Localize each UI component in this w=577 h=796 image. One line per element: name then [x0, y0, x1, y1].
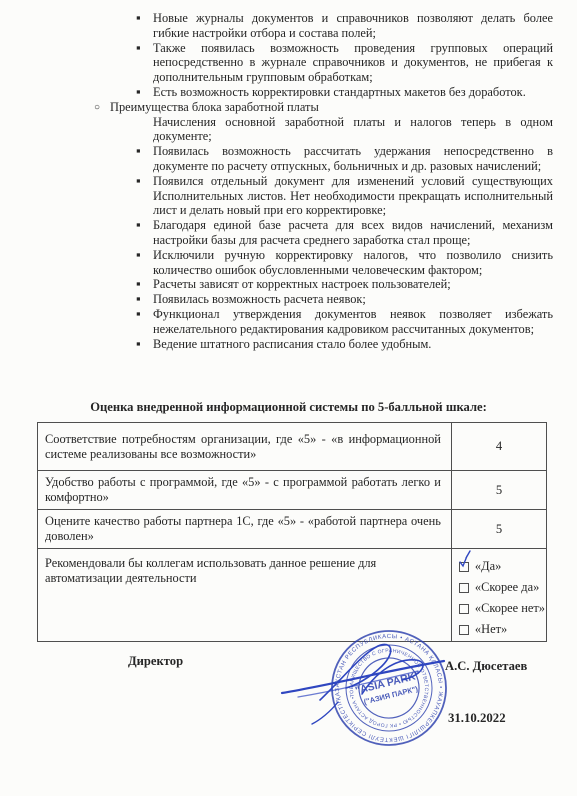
list-item-text: Также появилась возможность проведения г… [153, 41, 553, 85]
list-item-text: Появилась возможность расчета неявок; [153, 292, 366, 306]
table-row: Соответствие потребностям организации, г… [38, 423, 547, 471]
list-item: Исключили ручную корректировку налогов, … [153, 248, 553, 278]
benefits-list: Новые журналы документов и справочников … [0, 11, 577, 351]
list-item: Также появилась возможность проведения г… [153, 41, 553, 85]
salary-intro-text: Начисления основной заработной платы и н… [153, 115, 553, 144]
criterion-score: 4 [451, 423, 546, 471]
square-bullet-icon [136, 11, 141, 26]
checkbox-icon [459, 583, 469, 593]
list-item: Появилась возможность рассчитать удержан… [153, 144, 553, 174]
square-bullet-icon [136, 41, 141, 56]
list-item-salary-header: Преимущества блока заработной платы [110, 100, 553, 115]
table-row: Оцените качество работы партнера 1С, где… [38, 510, 547, 549]
benefits-list-block: Новые журналы документов и справочников … [0, 11, 577, 351]
option-text: «Скорее нет» [475, 601, 545, 616]
list-item: Есть возможность корректировки стандартн… [153, 85, 553, 100]
recommend-options: «Да» «Скорее да» «Скорее нет» «Нет» [453, 550, 545, 640]
list-item: Появилась возможность расчета неявок; [153, 292, 553, 307]
square-bullet-icon [136, 85, 141, 100]
option-rather-yes: «Скорее да» [459, 577, 545, 598]
list-item-text: Расчеты зависят от корректных настроек п… [153, 277, 451, 291]
list-item-text: Появилась возможность рассчитать удержан… [153, 144, 553, 173]
list-item: Функционал утверждения документов неявок… [153, 307, 553, 337]
list-item-text: Исключили ручную корректировку налогов, … [153, 248, 553, 277]
director-title: Директор [128, 654, 183, 669]
list-item: Благодаря единой базе расчета для всех в… [153, 218, 553, 248]
list-item-text: Благодаря единой базе расчета для всех в… [153, 218, 553, 247]
list-item-text: Ведение штатного расписания стало более … [153, 337, 431, 351]
square-bullet-icon [136, 174, 141, 189]
criterion-label: Оцените качество работы партнера 1С, где… [38, 510, 452, 549]
criterion-label: Соответствие потребностям организации, г… [38, 423, 452, 471]
circle-bullet-icon [94, 99, 100, 116]
square-bullet-icon [136, 144, 141, 159]
recommend-options-cell: «Да» «Скорее да» «Скорее нет» «Нет» [451, 549, 546, 642]
list-item: Появился отдельный документ для изменени… [153, 174, 553, 218]
rating-table: Соответствие потребностям организации, г… [37, 422, 547, 642]
square-bullet-icon [136, 337, 141, 352]
option-yes: «Да» [459, 556, 545, 577]
list-item: Ведение штатного расписания стало более … [153, 337, 553, 352]
criterion-score: 5 [451, 471, 546, 510]
checkbox-icon [459, 604, 469, 614]
list-item-text: Есть возможность корректировки стандартн… [153, 85, 526, 99]
square-bullet-icon [136, 218, 141, 233]
option-text: «Да» [475, 559, 501, 574]
salary-header-text: Преимущества блока заработной платы [110, 100, 319, 114]
pen-checkmark-icon [457, 550, 473, 570]
table-row: Удобство работы с программой, где «5» - … [38, 471, 547, 510]
signer-name: А.С. Дюсетаев [445, 659, 527, 674]
criterion-label: Удобство работы с программой, где «5» - … [38, 471, 452, 510]
list-item: Новые журналы документов и справочников … [153, 11, 553, 41]
option-rather-no: «Скорее нет» [459, 598, 545, 619]
criterion-score: 5 [451, 510, 546, 549]
list-item-text: Появился отдельный документ для изменени… [153, 174, 553, 218]
square-bullet-icon [136, 248, 141, 263]
option-text: «Нет» [475, 622, 507, 637]
table-row-recommend: Рекомендовали бы коллегам использовать д… [38, 549, 547, 642]
option-text: «Скорее да» [475, 580, 539, 595]
square-bullet-icon [136, 277, 141, 292]
list-item-text: Новые журналы документов и справочников … [153, 11, 553, 40]
list-item-text: Функционал утверждения документов неявок… [153, 307, 553, 336]
square-bullet-icon [136, 307, 141, 322]
list-item: Расчеты зависят от корректных настроек п… [153, 277, 553, 292]
square-bullet-icon [136, 292, 141, 307]
scanned-document-page: Новые журналы документов и справочников … [0, 0, 577, 796]
list-item-salary-intro: Начисления основной заработной платы и н… [153, 115, 553, 145]
checkbox-icon [459, 625, 469, 635]
option-no: «Нет» [459, 619, 545, 640]
rating-scale-heading: Оценка внедренной информационной системы… [0, 400, 577, 415]
